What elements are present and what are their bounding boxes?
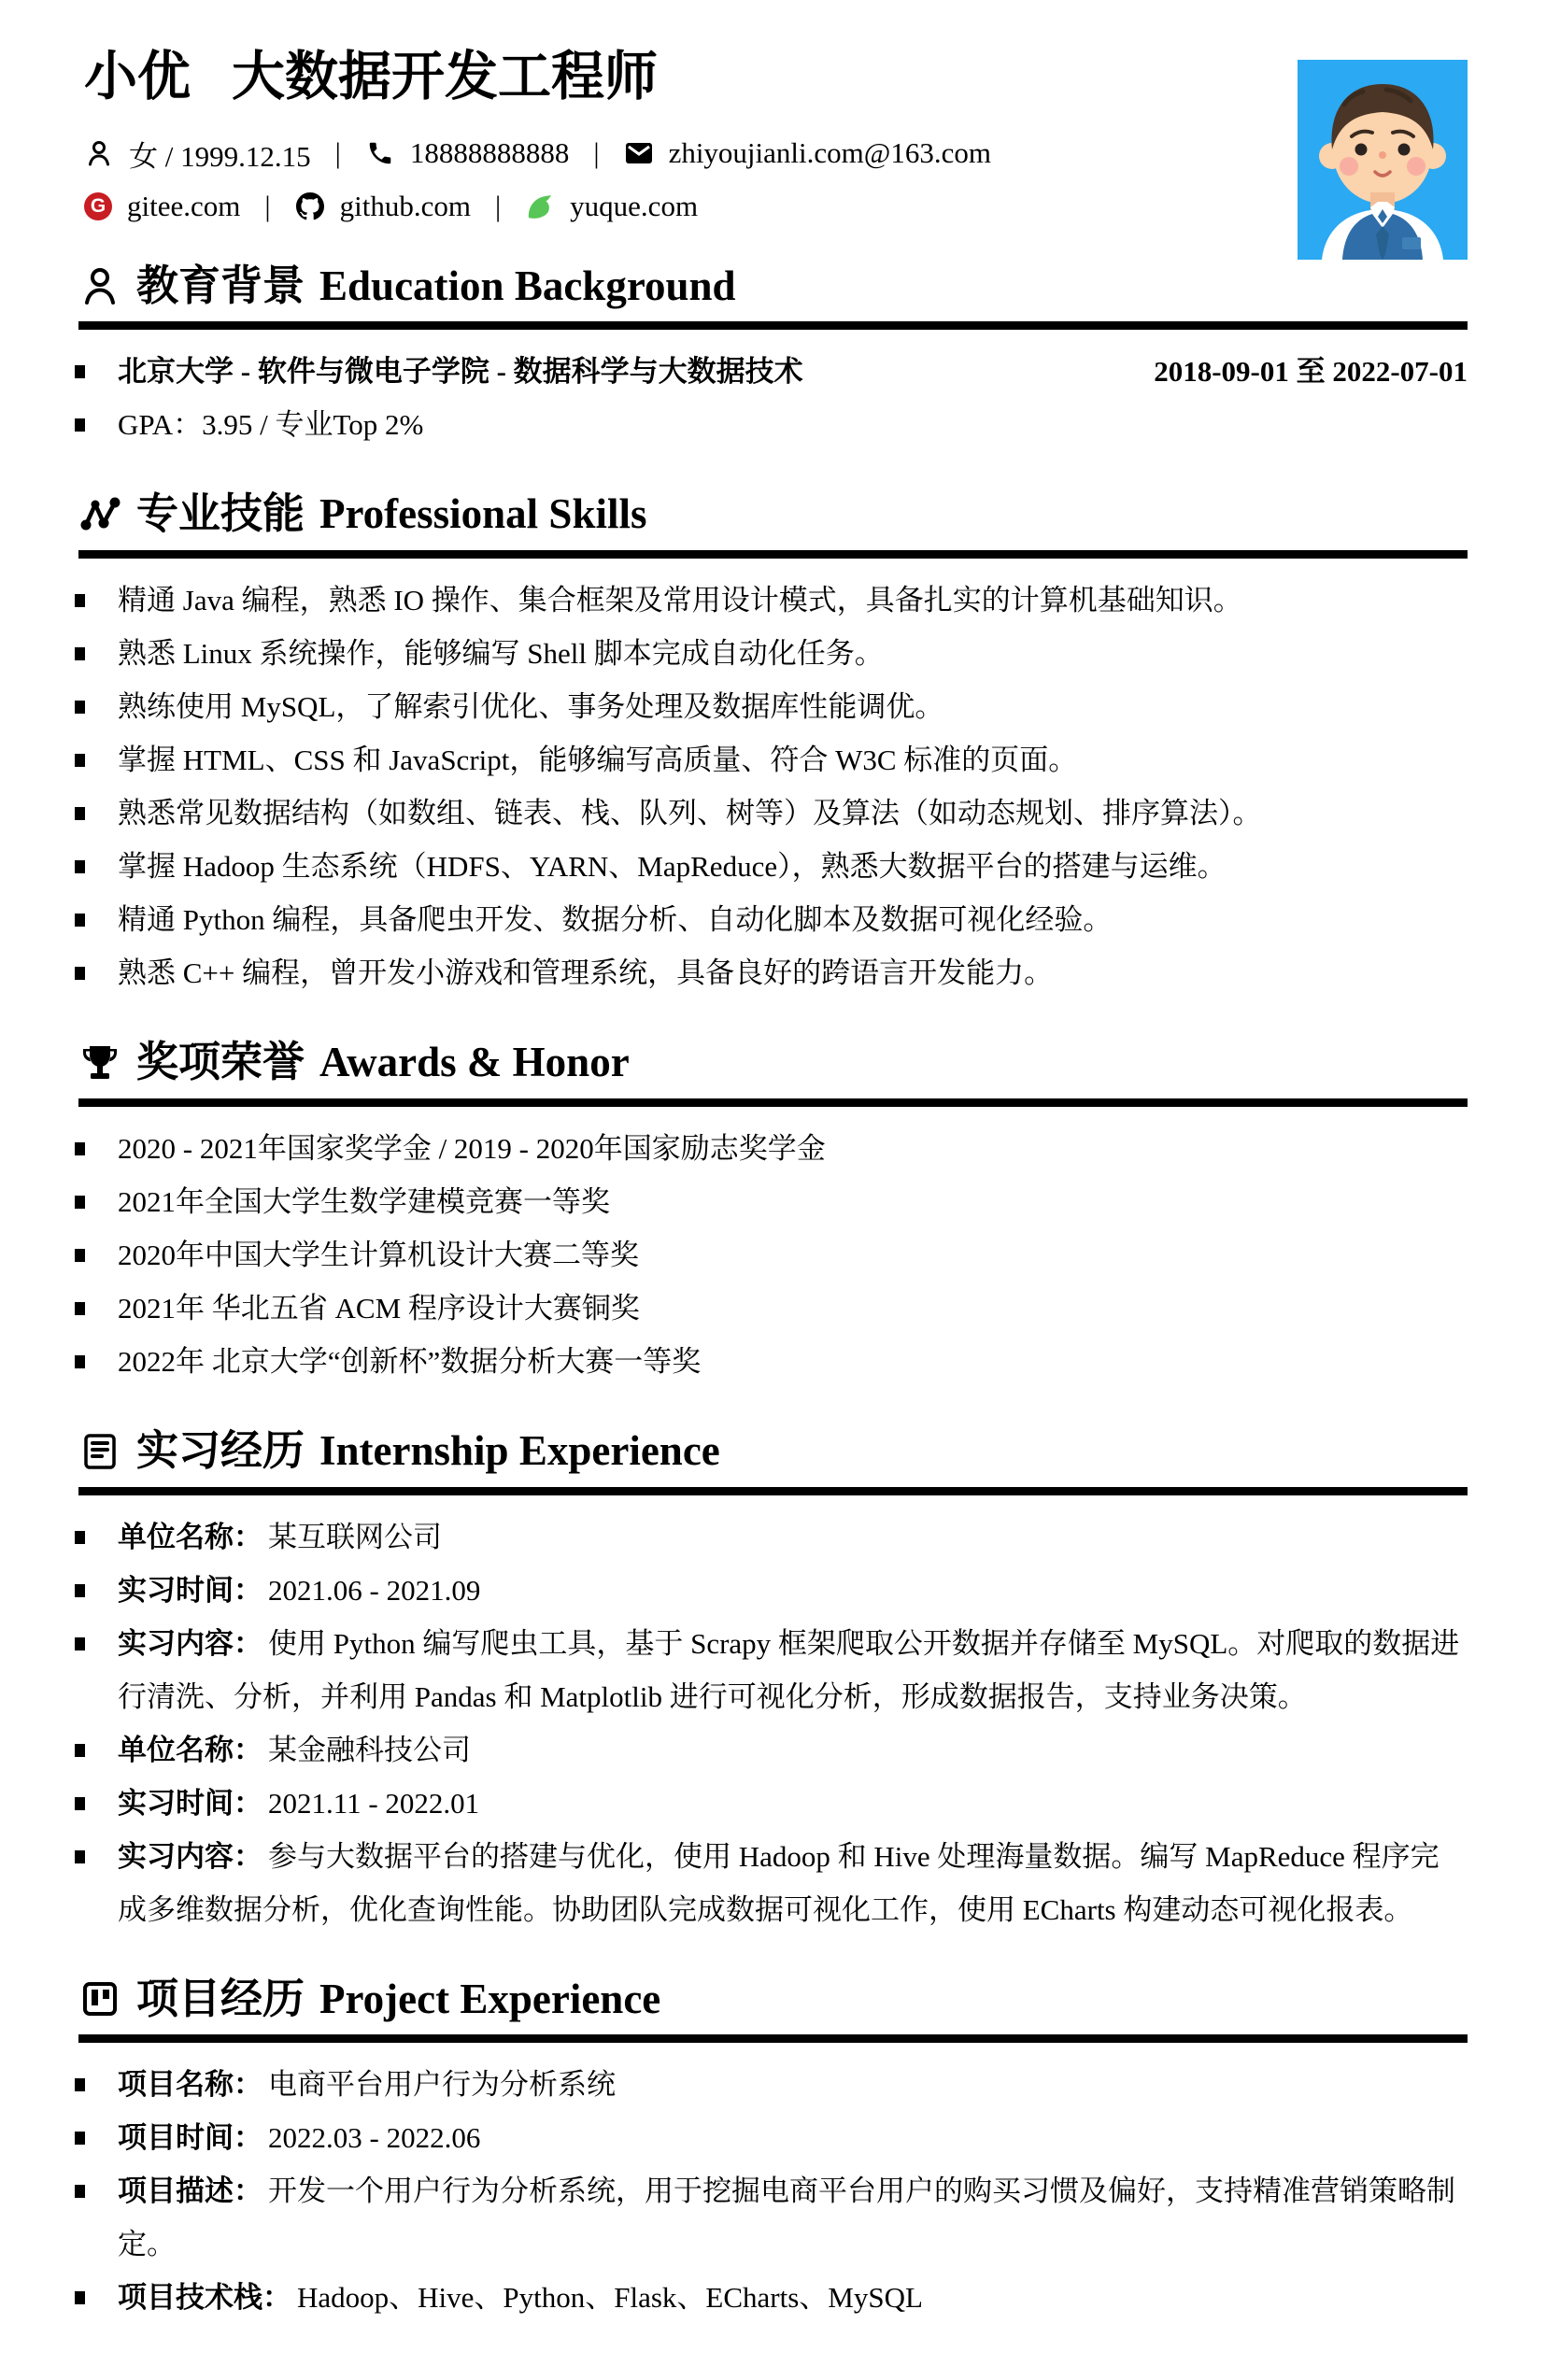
item-text: 参与大数据平台的搭建与优化，使用 Hadoop 和 Hive 处理海量数据。编写… xyxy=(118,1840,1440,1926)
item-label: 实习内容： xyxy=(118,1627,262,1660)
phone-icon xyxy=(365,138,395,168)
resume-page: 小优 大数据开发工程师 女 / 1999.12.15 | 18888888888… xyxy=(0,0,1546,2380)
list-item: 项目技术栈：Hadoop、Hive、Python、Flask、ECharts、M… xyxy=(73,2271,1468,2324)
avatar xyxy=(1298,60,1468,260)
item-text: 某金融科技公司 xyxy=(268,1734,471,1766)
item-text: 2021.11 - 2022.01 xyxy=(268,1787,479,1820)
kanban-icon xyxy=(78,1977,121,2020)
list-item: 2020 - 2021年国家奖学金 / 2019 - 2020年国家励志奖学金 xyxy=(73,1122,1468,1175)
item-text: 2020年中国大学生计算机设计大赛二等奖 xyxy=(118,1239,639,1271)
list-item: 项目时间：2022.03 - 2022.06 xyxy=(73,2111,1468,2164)
section-title-zh: 奖项荣誉 xyxy=(136,1039,305,1087)
section-skills-header: 专业技能 Professional Skills xyxy=(78,490,1468,539)
item-text: 2021年 华北五省 ACM 程序设计大赛铜奖 xyxy=(118,1292,640,1325)
list-item: 实习时间：2021.06 - 2021.09 xyxy=(73,1564,1468,1617)
item-label: 项目时间： xyxy=(118,2121,262,2154)
github-text: github.com xyxy=(340,190,471,223)
item-text: 2022.03 - 2022.06 xyxy=(268,2121,480,2154)
item-text: 电商平台用户行为分析系统 xyxy=(268,2068,616,2101)
section-title-zh: 实习经历 xyxy=(136,1427,305,1476)
list-item: 项目名称：电商平台用户行为分析系统 xyxy=(73,2058,1468,2111)
section-education: 教育背景 Education Background 北京大学 - 软件与微电子学… xyxy=(78,262,1468,452)
section-title-en: Project Experience xyxy=(319,1976,660,2024)
yuque-icon xyxy=(525,191,555,221)
resume-header: 小优 大数据开发工程师 女 / 1999.12.15 | 18888888888… xyxy=(78,47,1468,223)
section-title-zh: 教育背景 xyxy=(136,262,305,311)
item-text: 熟悉 Linux 系统操作，能够编写 Shell 脚本完成自动化任务。 xyxy=(118,637,884,670)
item-text: 开发一个用户行为分析系统，用于挖掘电商平台用户的购买习惯及偏好，支持精准营销策略… xyxy=(118,2175,1455,2260)
contact-row-1: 女 / 1999.12.15 | 18888888888 | zhiyoujia… xyxy=(84,133,1262,175)
list-item: 单位名称：某互联网公司 xyxy=(73,1510,1468,1564)
item-label: 单位名称： xyxy=(118,1734,262,1766)
section-title-en: Education Background xyxy=(319,262,736,311)
phone-text: 18888888888 xyxy=(410,136,570,170)
awards-list: 2020 - 2021年国家奖学金 / 2019 - 2020年国家励志奖学金2… xyxy=(73,1122,1468,1388)
list-item: 实习内容：参与大数据平台的搭建与优化，使用 Hadoop 和 Hive 处理海量… xyxy=(73,1830,1468,1936)
section-internship-header: 实习经历 Internship Experience xyxy=(78,1427,1468,1476)
item-text: 使用 Python 编写爬虫工具，基于 Scrapy 框架爬取公开数据并存储至 … xyxy=(118,1627,1459,1713)
section-internship: 实习经历 Internship Experience 单位名称：某互联网公司实习… xyxy=(78,1427,1468,1936)
item-text: 熟练使用 MySQL，了解索引优化、事务处理及数据库性能调优。 xyxy=(118,690,943,723)
section-divider-rule xyxy=(78,550,1468,559)
list-item: 精通 Java 编程，熟悉 IO 操作、集合框架及常用设计模式，具备扎实的计算机… xyxy=(73,574,1468,627)
item-label: 项目描述： xyxy=(118,2175,262,2207)
list-item: 2022年 北京大学“创新杯”数据分析大赛一等奖 xyxy=(73,1335,1468,1388)
list-item: 项目描述：开发一个用户行为分析系统，用于挖掘电商平台用户的购买习惯及偏好，支持精… xyxy=(73,2164,1468,2271)
item-text: 某互联网公司 xyxy=(268,1521,442,1553)
mail-icon xyxy=(624,138,654,168)
divider: | xyxy=(486,190,510,223)
document-icon xyxy=(78,1430,121,1473)
item-label: 实习时间： xyxy=(118,1787,262,1820)
list-item: 掌握 Hadoop 生态系统（HDFS、YARN、MapReduce），熟悉大数… xyxy=(73,840,1468,893)
gitee-text: gitee.com xyxy=(127,190,240,223)
item-text: 精通 Python 编程，具备爬虫开发、数据分析、自动化脚本及数据可视化经验。 xyxy=(118,903,1112,936)
education-list: 北京大学 - 软件与微电子学院 - 数据科学与大数据技术2018-09-01 至… xyxy=(73,345,1468,451)
list-item: 精通 Python 编程，具备爬虫开发、数据分析、自动化脚本及数据可视化经验。 xyxy=(73,893,1468,946)
section-title-zh: 项目经历 xyxy=(136,1976,305,2024)
yuque-text: yuque.com xyxy=(570,190,698,223)
person-icon xyxy=(84,138,114,168)
list-item: 北京大学 - 软件与微电子学院 - 数据科学与大数据技术2018-09-01 至… xyxy=(73,345,1468,398)
section-title-en: Awards & Honor xyxy=(319,1039,630,1087)
divider: | xyxy=(255,190,279,223)
item-text: 2020 - 2021年国家奖学金 / 2019 - 2020年国家励志奖学金 xyxy=(118,1132,826,1165)
section-awards: 奖项荣誉 Awards & Honor 2020 - 2021年国家奖学金 / … xyxy=(78,1039,1468,1388)
email-text: zhiyoujianli.com@163.com xyxy=(669,136,991,170)
item-text: GPA：3.95 / 专业Top 2% xyxy=(118,408,423,441)
gitee-icon: G xyxy=(84,192,112,220)
network-icon xyxy=(78,493,121,536)
item-label: 实习内容： xyxy=(118,1840,262,1873)
item-label: 项目名称： xyxy=(118,2068,262,2101)
item-date: 2018-09-01 至 2022-07-01 xyxy=(1154,345,1468,398)
item-text: 2021.06 - 2021.09 xyxy=(268,1574,480,1607)
list-item: 熟悉 C++ 编程，曾开发小游戏和管理系统，具备良好的跨语言开发能力。 xyxy=(73,946,1468,999)
gender-birth-text: 女 / 1999.12.15 xyxy=(129,133,311,175)
item-text: 掌握 HTML、CSS 和 JavaScript，能够编写高质量、符合 W3C … xyxy=(118,744,1077,776)
section-title-en: Internship Experience xyxy=(319,1427,720,1476)
item-text: 2021年全国大学生数学建模竞赛一等奖 xyxy=(118,1185,610,1218)
list-item: 实习时间：2021.11 - 2022.01 xyxy=(73,1777,1468,1830)
github-icon xyxy=(295,191,325,221)
section-divider-rule xyxy=(78,1098,1468,1107)
section-title-en: Professional Skills xyxy=(319,490,647,539)
section-education-header: 教育背景 Education Background xyxy=(78,262,1468,311)
skills-list: 精通 Java 编程，熟悉 IO 操作、集合框架及常用设计模式，具备扎实的计算机… xyxy=(73,574,1468,999)
item-text: Hadoop、Hive、Python、Flask、ECharts、MySQL xyxy=(297,2281,923,2314)
list-item: 单位名称：某金融科技公司 xyxy=(73,1723,1468,1777)
user-icon xyxy=(78,264,121,307)
list-item: 实习内容：使用 Python 编写爬虫工具，基于 Scrapy 框架爬取公开数据… xyxy=(73,1617,1468,1723)
trophy-icon xyxy=(78,1041,121,1084)
list-item: GPA：3.95 / 专业Top 2% xyxy=(73,398,1468,451)
section-projects: 项目经历 Project Experience 项目名称：电商平台用户行为分析系… xyxy=(78,1976,1468,2325)
list-item: 2021年全国大学生数学建模竞赛一等奖 xyxy=(73,1175,1468,1228)
list-item: 熟练使用 MySQL，了解索引优化、事务处理及数据库性能调优。 xyxy=(73,680,1468,733)
job-title: 大数据开发工程师 xyxy=(232,47,658,108)
contact-row-2: G gitee.com | github.com | yuque.com xyxy=(84,190,1262,223)
section-skills: 专业技能 Professional Skills 精通 Java 编程，熟悉 I… xyxy=(78,490,1468,999)
candidate-name: 小优 xyxy=(84,47,191,108)
item-label: 实习时间： xyxy=(118,1574,262,1607)
list-item: 掌握 HTML、CSS 和 JavaScript，能够编写高质量、符合 W3C … xyxy=(73,733,1468,786)
item-text: 熟悉常见数据结构（如数组、链表、栈、队列、树等）及算法（如动态规划、排序算法）。 xyxy=(118,797,1262,829)
item-text: 掌握 Hadoop 生态系统（HDFS、YARN、MapReduce），熟悉大数… xyxy=(118,850,1227,883)
divider: | xyxy=(326,136,350,170)
section-projects-header: 项目经历 Project Experience xyxy=(78,1976,1468,2024)
list-item: 熟悉 Linux 系统操作，能够编写 Shell 脚本完成自动化任务。 xyxy=(73,627,1468,680)
item-label: 项目技术栈： xyxy=(118,2281,291,2314)
section-divider-rule xyxy=(78,1487,1468,1495)
list-item: 2021年 华北五省 ACM 程序设计大赛铜奖 xyxy=(73,1282,1468,1335)
section-awards-header: 奖项荣誉 Awards & Honor xyxy=(78,1039,1468,1087)
item-text: 精通 Java 编程，熟悉 IO 操作、集合框架及常用设计模式，具备扎实的计算机… xyxy=(118,584,1242,616)
section-divider-rule xyxy=(78,321,1468,330)
internship-list: 单位名称：某互联网公司实习时间：2021.06 - 2021.09实习内容：使用… xyxy=(73,1510,1468,1936)
projects-list: 项目名称：电商平台用户行为分析系统项目时间：2022.03 - 2022.06项… xyxy=(73,2058,1468,2324)
section-title-zh: 专业技能 xyxy=(136,490,305,539)
list-item: 2020年中国大学生计算机设计大赛二等奖 xyxy=(73,1228,1468,1282)
item-text: 2022年 北京大学“创新杯”数据分析大赛一等奖 xyxy=(118,1345,701,1378)
name-row: 小优 大数据开发工程师 xyxy=(84,47,1262,108)
section-divider-rule xyxy=(78,2034,1468,2043)
divider: | xyxy=(584,136,608,170)
item-text: 熟悉 C++ 编程，曾开发小游戏和管理系统，具备良好的跨语言开发能力。 xyxy=(118,956,1053,989)
item-text: 北京大学 - 软件与微电子学院 - 数据科学与大数据技术 xyxy=(118,345,803,398)
list-item: 熟悉常见数据结构（如数组、链表、栈、队列、树等）及算法（如动态规划、排序算法）。 xyxy=(73,786,1468,840)
item-label: 单位名称： xyxy=(118,1521,262,1553)
